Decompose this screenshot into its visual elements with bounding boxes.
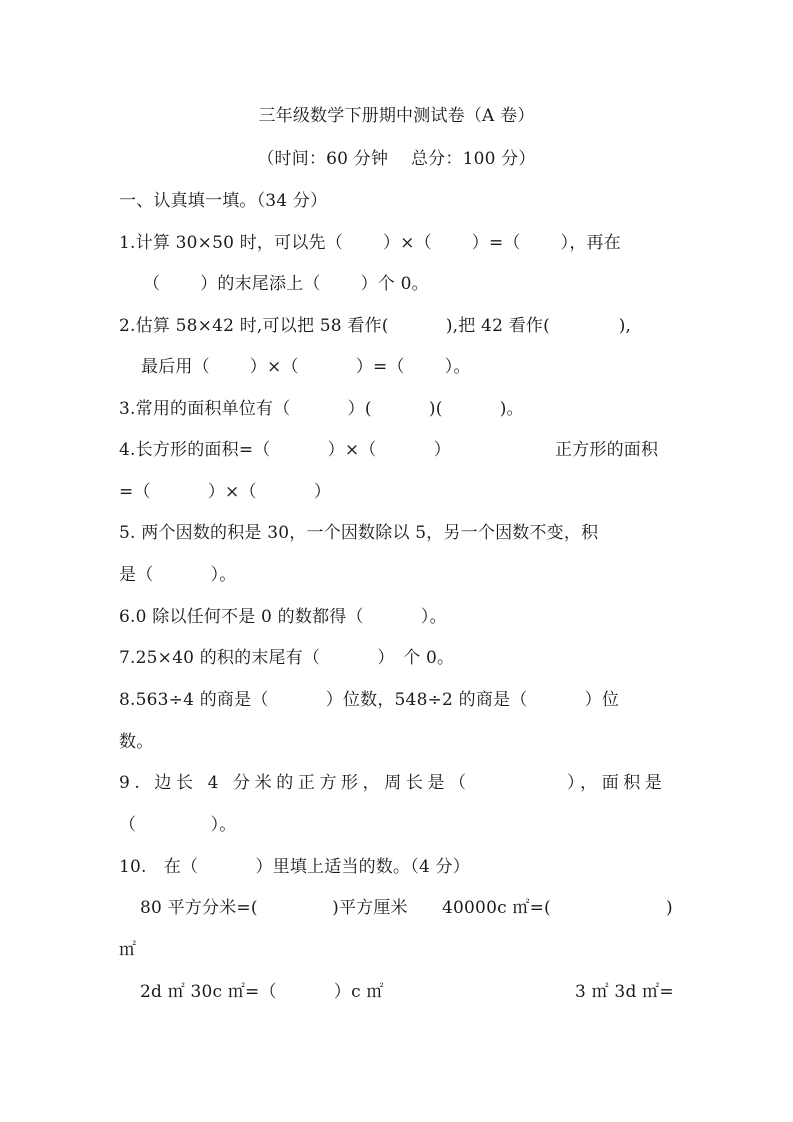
question-5-line-2: 是（ ）。 (119, 564, 237, 586)
question-4-line-2: =（ ）×（ ） (119, 481, 331, 503)
question-7: 7.25×40 的积的末尾有（ ） 个 0。 (119, 647, 454, 669)
question-10-heading: 10. 在（ ）里填上适当的数。（4 分） (119, 856, 470, 878)
question-9-line-1-right: ），面积是 (567, 772, 667, 794)
question-9-line-2: （ ）。 (119, 814, 237, 836)
question-2-line-1: 2.估算 58×42 时,可以把 58 看作( ),把 42 看作( ), (119, 315, 631, 337)
question-1-line-2: （ ）的末尾添上（ ）个 0。 (143, 273, 429, 295)
exam-title: 三年级数学下册期中测试卷（A 卷） (0, 105, 793, 127)
question-6: 6.0 除以任何不是 0 的数都得（ ）。 (119, 606, 447, 628)
conversion-row-2: ㎡ (119, 939, 136, 961)
exam-subtitle: （时间：60 分钟 总分：100 分） (0, 148, 793, 170)
conversion-row-1-right: 40000c ㎡=( (442, 897, 551, 919)
question-8-line-2: 数。 (119, 731, 153, 753)
question-3: 3.常用的面积单位有（ ）( )( )。 (119, 398, 524, 420)
question-9-line-1-left: 9. 边长 4 分米的正方形，周长是（ (119, 772, 471, 794)
exam-page: 三年级数学下册期中测试卷（A 卷） （时间：60 分钟 总分：100 分） 一、… (0, 0, 793, 1122)
conversion-row-3-left: 2d ㎡ 30c ㎡=（ ）c ㎡ (140, 981, 384, 1003)
conversion-row-3-right: 3 ㎡ 3d ㎡= (575, 981, 674, 1003)
question-4-line-1-right: 正方形的面积 (555, 439, 658, 461)
question-1-line-1: 1.计算 30×50 时，可以先（ ）×（ ）=（ ），再在 (119, 232, 621, 254)
question-8-line-1: 8.563÷4 的商是（ ）位数，548÷2 的商是（ ）位 (119, 689, 619, 711)
question-4-line-1-left: 4.长方形的面积=（ ）×（ ） (119, 439, 451, 461)
conversion-row-1-close: ) (666, 897, 673, 919)
section-heading: 一、认真填一填。（34 分） (119, 190, 327, 212)
conversion-row-1-left: 80 平方分米=( )平方厘米 (140, 897, 408, 919)
question-2-line-2: 最后用（ ）×（ ）=（ ）。 (141, 356, 471, 378)
question-5-line-1: 5. 两个因数的积是 30，一个因数除以 5，另一个因数不变，积 (119, 522, 598, 544)
